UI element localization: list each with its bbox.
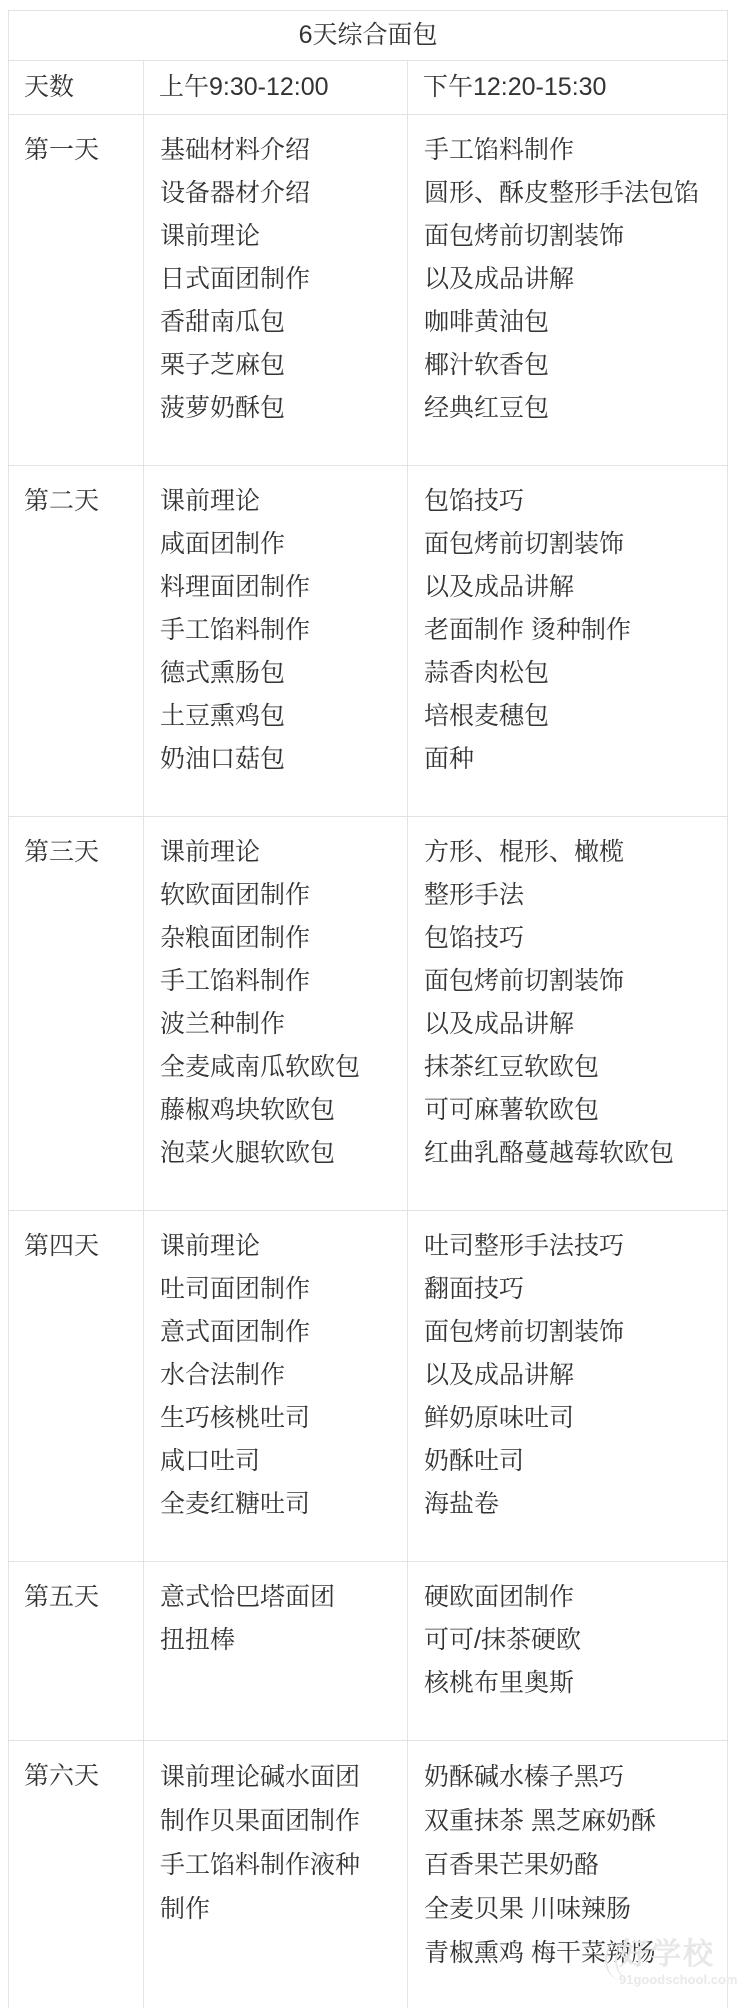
course-item: 吐司整形手法技巧 bbox=[424, 1225, 717, 1268]
course-item: 课前理论 bbox=[160, 1225, 397, 1268]
course-item: 泡菜火腿软欧包 bbox=[160, 1132, 397, 1175]
course-item: 课前理论 bbox=[160, 480, 397, 523]
course-item: 以及成品讲解 bbox=[424, 258, 717, 301]
table-row-day4: 第四天 课前理论 吐司面团制作 意式面团制作 水合法制作 生巧核桃吐司 咸口吐司… bbox=[9, 1211, 728, 1562]
day6-afternoon-courses: 奶酥碱水榛子黑巧 双重抹茶 黑芝麻奶酥 百香果芒果奶酪 全麦贝果 川味辣肠 青椒… bbox=[408, 1741, 728, 2008]
course-item: 全麦咸南瓜软欧包 bbox=[160, 1046, 397, 1089]
day1-morning-courses: 基础材料介绍 设备器材介绍 课前理论 日式面团制作 香甜南瓜包 栗子芝麻包 菠萝… bbox=[144, 115, 408, 466]
course-item: 面种 bbox=[424, 738, 717, 781]
day4-afternoon-courses: 吐司整形手法技巧 翻面技巧 面包烤前切割装饰 以及成品讲解 鲜奶原味吐司 奶酥吐… bbox=[408, 1211, 728, 1562]
course-item: 鲜奶原味吐司 bbox=[424, 1397, 717, 1440]
course-item: 椰汁软香包 bbox=[424, 344, 717, 387]
course-item: 核桃布里奥斯 bbox=[424, 1662, 717, 1705]
day5-afternoon-courses: 硬欧面团制作 可可/抹茶硬欧 核桃布里奥斯 bbox=[408, 1562, 728, 1741]
title-row: 6天综合面包 bbox=[9, 11, 728, 61]
course-item: 软欧面团制作 bbox=[160, 874, 397, 917]
course-item: 杂粮面团制作 bbox=[160, 917, 397, 960]
table-row-day6: 第六天 课前理论碱水面团 制作贝果面团制作 手工馅料制作液种 制作 奶酥碱水榛子… bbox=[9, 1741, 728, 2008]
course-item: 吐司面团制作 bbox=[160, 1268, 397, 1311]
day5-morning-courses: 意式恰巴塔面团 扭扭棒 bbox=[144, 1562, 408, 1741]
course-item: 意式面团制作 bbox=[160, 1311, 397, 1354]
course-item: 日式面团制作 bbox=[160, 258, 397, 301]
course-item: 手工馅料制作 bbox=[160, 960, 397, 1003]
course-item: 料理面团制作 bbox=[160, 566, 397, 609]
course-item: 奶酥碱水榛子黑巧 bbox=[424, 1755, 717, 1799]
day2-morning-courses: 课前理论 咸面团制作 料理面团制作 手工馅料制作 德式熏肠包 土豆熏鸡包 奶油口… bbox=[144, 466, 408, 817]
day2-afternoon-courses: 包馅技巧 面包烤前切割装饰 以及成品讲解 老面制作 烫种制作 蒜香肉松包 培根麦… bbox=[408, 466, 728, 817]
course-item: 制作 bbox=[160, 1887, 397, 1931]
course-item: 培根麦穗包 bbox=[424, 695, 717, 738]
course-item: 圆形、酥皮整形手法包馅 bbox=[424, 172, 717, 215]
course-item: 意式恰巴塔面团 bbox=[160, 1576, 397, 1619]
course-item: 老面制作 烫种制作 bbox=[424, 609, 717, 652]
course-item: 奶油口菇包 bbox=[160, 738, 397, 781]
course-item: 课前理论 bbox=[160, 215, 397, 258]
course-item: 硬欧面团制作 bbox=[424, 1576, 717, 1619]
course-item: 红曲乳酪蔓越莓软欧包 bbox=[424, 1132, 717, 1175]
day6-morning-courses: 课前理论碱水面团 制作贝果面团制作 手工馅料制作液种 制作 bbox=[144, 1741, 408, 2008]
course-item: 制作贝果面团制作 bbox=[160, 1799, 397, 1843]
course-item: 抹茶红豆软欧包 bbox=[424, 1046, 717, 1089]
course-item: 香甜南瓜包 bbox=[160, 301, 397, 344]
course-item: 基础材料介绍 bbox=[160, 129, 397, 172]
course-item: 课前理论 bbox=[160, 831, 397, 874]
course-item: 设备器材介绍 bbox=[160, 172, 397, 215]
course-item: 土豆熏鸡包 bbox=[160, 695, 397, 738]
course-item: 以及成品讲解 bbox=[424, 1354, 717, 1397]
course-item: 扭扭棒 bbox=[160, 1619, 397, 1662]
course-item: 咸面团制作 bbox=[160, 523, 397, 566]
course-item: 咸口吐司 bbox=[160, 1440, 397, 1483]
day1-afternoon-courses: 手工馅料制作 圆形、酥皮整形手法包馅 面包烤前切割装饰 以及成品讲解 咖啡黄油包… bbox=[408, 115, 728, 466]
day-label: 第一天 bbox=[9, 115, 144, 466]
course-item: 蒜香肉松包 bbox=[424, 652, 717, 695]
course-item: 奶酥吐司 bbox=[424, 1440, 717, 1483]
course-item: 咖啡黄油包 bbox=[424, 301, 717, 344]
column-header-afternoon: 下午12:20-15:30 bbox=[408, 61, 728, 115]
course-item: 面包烤前切割装饰 bbox=[424, 215, 717, 258]
day-label: 第二天 bbox=[9, 466, 144, 817]
course-item: 百香果芒果奶酪 bbox=[424, 1843, 717, 1887]
course-item: 手工馅料制作液种 bbox=[160, 1843, 397, 1887]
course-item: 菠萝奶酥包 bbox=[160, 387, 397, 430]
course-item: 翻面技巧 bbox=[424, 1268, 717, 1311]
course-item: 可可/抹茶硬欧 bbox=[424, 1619, 717, 1662]
course-item: 以及成品讲解 bbox=[424, 1003, 717, 1046]
day-label: 第五天 bbox=[9, 1562, 144, 1741]
course-item: 手工馅料制作 bbox=[424, 129, 717, 172]
course-item: 手工馅料制作 bbox=[160, 609, 397, 652]
column-header-day: 天数 bbox=[9, 61, 144, 115]
course-item: 德式熏肠包 bbox=[160, 652, 397, 695]
day-label: 第三天 bbox=[9, 817, 144, 1211]
column-header-morning: 上午9:30-12:00 bbox=[144, 61, 408, 115]
course-item: 可可麻薯软欧包 bbox=[424, 1089, 717, 1132]
course-item: 藤椒鸡块软欧包 bbox=[160, 1089, 397, 1132]
header-row: 天数 上午9:30-12:00 下午12:20-15:30 bbox=[9, 61, 728, 115]
course-item: 海盐卷 bbox=[424, 1483, 717, 1526]
table-title: 6天综合面包 bbox=[9, 11, 728, 61]
course-item: 栗子芝麻包 bbox=[160, 344, 397, 387]
course-item: 面包烤前切割装饰 bbox=[424, 1311, 717, 1354]
course-item: 面包烤前切割装饰 bbox=[424, 960, 717, 1003]
course-item: 青椒熏鸡 梅干菜辣肠 bbox=[424, 1931, 717, 1975]
course-item: 包馅技巧 bbox=[424, 480, 717, 523]
day3-morning-courses: 课前理论 软欧面团制作 杂粮面团制作 手工馅料制作 波兰种制作 全麦咸南瓜软欧包… bbox=[144, 817, 408, 1211]
course-item: 经典红豆包 bbox=[424, 387, 717, 430]
course-item: 方形、棍形、橄榄 bbox=[424, 831, 717, 874]
course-item: 全麦贝果 川味辣肠 bbox=[424, 1887, 717, 1931]
table-row-day5: 第五天 意式恰巴塔面团 扭扭棒 硬欧面团制作 可可/抹茶硬欧 核桃布里奥斯 bbox=[9, 1562, 728, 1741]
day-label: 第四天 bbox=[9, 1211, 144, 1562]
table-row-day3: 第三天 课前理论 软欧面团制作 杂粮面团制作 手工馅料制作 波兰种制作 全麦咸南… bbox=[9, 817, 728, 1211]
course-item: 以及成品讲解 bbox=[424, 566, 717, 609]
course-schedule-table: 6天综合面包 天数 上午9:30-12:00 下午12:20-15:30 第一天… bbox=[8, 10, 728, 2008]
day3-afternoon-courses: 方形、棍形、橄榄 整形手法 包馅技巧 面包烤前切割装饰 以及成品讲解 抹茶红豆软… bbox=[408, 817, 728, 1211]
course-item: 整形手法 bbox=[424, 874, 717, 917]
table-row-day1: 第一天 基础材料介绍 设备器材介绍 课前理论 日式面团制作 香甜南瓜包 栗子芝麻… bbox=[9, 115, 728, 466]
course-item: 水合法制作 bbox=[160, 1354, 397, 1397]
table-row-day2: 第二天 课前理论 咸面团制作 料理面团制作 手工馅料制作 德式熏肠包 土豆熏鸡包… bbox=[9, 466, 728, 817]
day4-morning-courses: 课前理论 吐司面团制作 意式面团制作 水合法制作 生巧核桃吐司 咸口吐司 全麦红… bbox=[144, 1211, 408, 1562]
day-label: 第六天 bbox=[9, 1741, 144, 2008]
course-item: 面包烤前切割装饰 bbox=[424, 523, 717, 566]
course-item: 生巧核桃吐司 bbox=[160, 1397, 397, 1440]
course-item: 全麦红糖吐司 bbox=[160, 1483, 397, 1526]
course-item: 包馅技巧 bbox=[424, 917, 717, 960]
course-item: 课前理论碱水面团 bbox=[160, 1755, 397, 1799]
course-item: 双重抹茶 黑芝麻奶酥 bbox=[424, 1799, 717, 1843]
course-item: 波兰种制作 bbox=[160, 1003, 397, 1046]
